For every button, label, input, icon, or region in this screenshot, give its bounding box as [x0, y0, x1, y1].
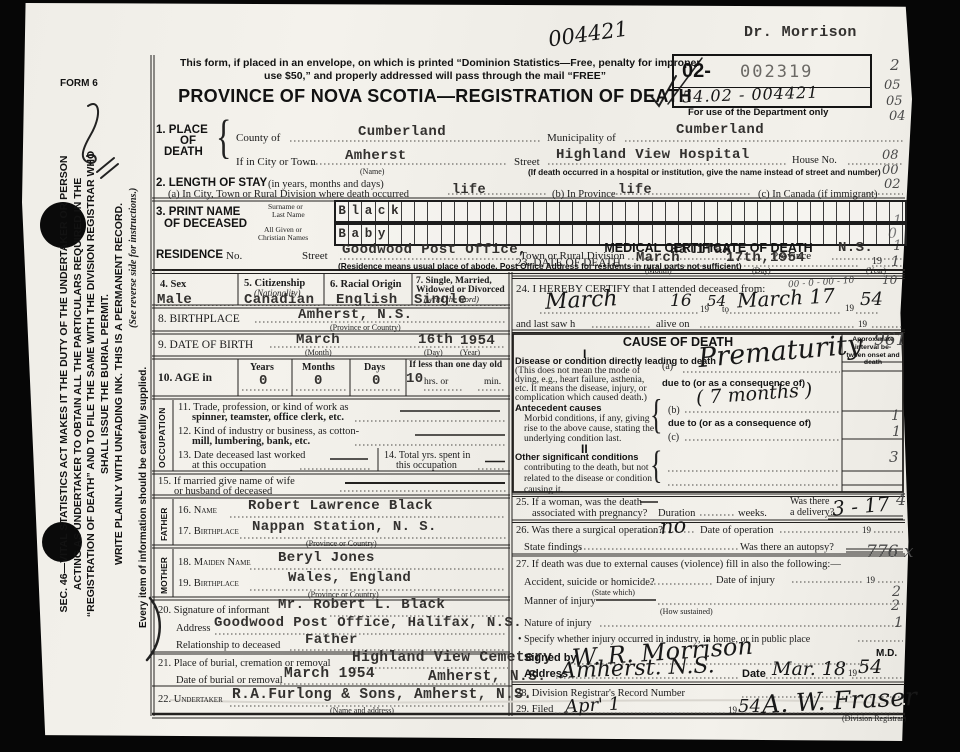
s2-c-label: (c) In Canada (if immigrant)	[758, 189, 878, 200]
s10-label: 10. AGE in	[158, 372, 212, 384]
s25-label1: 25. If a woman, was the death	[516, 497, 642, 508]
s1-street-value: Highland View Hospital	[556, 147, 750, 163]
s2-label: 2. LENGTH OF STAY	[156, 177, 267, 189]
s1-note: (If death occurred in a hospital or inst…	[528, 167, 881, 177]
s23-year-sub: (Year)	[866, 266, 886, 275]
margin-note: 2	[890, 56, 900, 74]
s13-label2: at this occupation	[192, 460, 266, 471]
s7-value: Single	[414, 292, 467, 308]
s26-year-printed: 19	[862, 525, 871, 535]
margin-note: 776 x	[866, 542, 913, 562]
s19-label: 19. Birthplace	[178, 578, 239, 589]
s24-year2-printed: 19	[845, 303, 854, 313]
s10-hours-value: 10	[406, 371, 424, 387]
s1-brace: {	[216, 109, 231, 165]
margin-note: 1	[894, 615, 903, 631]
mail-notice-line1: This form, if placed in an envelope, on …	[180, 57, 690, 69]
s1-county-label: County of	[236, 132, 280, 144]
father-side-label: FATHER	[159, 499, 169, 541]
margin-note: 3	[889, 448, 899, 466]
margin-see-reverse: (See reverse side for instructions.)	[128, 128, 139, 328]
s23-month-value: March	[636, 250, 680, 266]
s29-year-hw: 54	[738, 696, 761, 717]
residence-no-label: No.	[226, 250, 242, 262]
margin-note: 1	[892, 424, 901, 440]
s10-years-value: 0	[259, 373, 268, 389]
s1-name-sub: (Name)	[360, 167, 384, 176]
s16-label: 16. Name	[178, 505, 217, 516]
residence-street-label: Street	[302, 250, 328, 262]
s2-b-value: life	[618, 183, 652, 198]
department-box: 02- 002319 54.02 - 004421	[672, 54, 872, 108]
s10-months-value: 0	[314, 373, 323, 389]
page-title: PROVINCE OF NOVA SCOTIA—REGISTRATION OF …	[150, 86, 720, 107]
s23-label: 23. DATE OF DEATH	[516, 257, 621, 269]
surname-letter-boxes: Black	[334, 200, 907, 223]
s8-label: 8. BIRTHPLACE	[158, 313, 240, 325]
margin-every-item: Every item of information should be care…	[138, 376, 149, 628]
s24-year3-printed: 19	[858, 319, 867, 329]
signed-year-hw: 54	[858, 656, 882, 678]
margin-legal-text-2: WRITE PLAINLY WITH UNFADING INK. THIS IS…	[113, 146, 127, 622]
margin-note: 10	[882, 273, 897, 287]
s17-sub: (Province or Country)	[306, 539, 377, 548]
s24-last-saw-label: and last saw h	[516, 319, 575, 330]
cause-ant2: Morbid conditions, if any, giving	[524, 414, 650, 424]
doctor-annotation: Dr. Morrison	[744, 24, 857, 41]
s24-to-label: to	[722, 304, 729, 314]
s9-day-sub: (Day)	[424, 348, 443, 357]
s24-alive-label: alive on	[656, 319, 690, 330]
s10-months-label: Months	[302, 362, 335, 373]
s12-label2: mill, lumbering, bank, etc.	[192, 436, 310, 447]
residence-label: RESIDENCE	[156, 249, 223, 261]
s23-day-value: 17th,1954	[726, 250, 805, 266]
s26-value-hw: no	[659, 513, 687, 539]
s1-label3: DEATH	[164, 146, 203, 158]
s9-label: 9. DATE OF BIRTH	[158, 339, 253, 351]
s3-given-sub2: Christian Names	[258, 233, 308, 242]
s27-accident-sub: (State which)	[592, 588, 635, 597]
s21-value: Highland View Cemetery	[352, 650, 552, 666]
margin-note: 1	[891, 254, 900, 270]
s27-injury-date-label: Date of injury	[716, 575, 775, 586]
s25-delivery-label2: a delivery?	[790, 507, 834, 518]
s23-day-sub: (Day)	[752, 266, 771, 275]
s6-value: English	[336, 292, 398, 308]
medical-certificate-title: MEDICAL CERTIFICATE OF DEATH	[512, 241, 905, 255]
s9-month-value: March	[296, 332, 340, 348]
cause-lead5: complication which caused death.)	[515, 393, 647, 403]
signed-year-printed: 19	[848, 668, 857, 678]
s20-address-value: Goodwood Post Office, Halifax, N.S.	[214, 615, 522, 631]
s29-year-printed: 19	[728, 705, 737, 715]
s3-surname-sub2: Last Name	[272, 210, 305, 219]
s8-value: Amherst, N.S.	[298, 307, 412, 323]
s21-date-value: March 1954	[284, 666, 375, 682]
s3-label2: OF DECEASED	[164, 218, 247, 230]
s26-findings-label: State findings	[524, 542, 582, 553]
cause-oth1: Other significant conditions	[515, 452, 638, 462]
s29-sub: (Division Registrar)	[842, 714, 906, 723]
s15-label2: or husband of deceased	[174, 486, 272, 497]
s27-label: 27. If death was due to external causes …	[516, 559, 841, 570]
s2-b-label: (b) In Province	[552, 189, 616, 200]
s16-value: Robert Lawrence Black	[248, 498, 433, 514]
cause-a-label: (a)	[662, 361, 673, 372]
s2-a-value: life	[452, 183, 486, 198]
cause-ant3: rise to the above cause, stating the	[524, 424, 654, 434]
cause-lead1: Disease or condition directly leading to…	[515, 356, 716, 366]
s9-month-sub: (Month)	[305, 348, 332, 357]
s4-value: Male	[157, 292, 192, 308]
cause-ant4: underlying condition last.	[524, 434, 621, 444]
margin-legal-notice: SEC. 46—VITAL STATISTICS ACT MAKES IT TH…	[58, 146, 126, 622]
s27-nature-label: Nature of injury	[524, 618, 592, 629]
s22-label: 22. Undertaker	[158, 694, 223, 705]
margin-note: 4	[896, 490, 906, 509]
s25-delivery-value-hw: 3 - 17	[831, 492, 891, 521]
s11-label2: spinner, teamster, office clerk, etc.	[192, 412, 344, 423]
s4-label: 4. Sex	[160, 279, 186, 290]
margin-note: 05	[886, 94, 903, 109]
cause-oth4: causing it.	[524, 485, 563, 495]
dept-stamp-number: 002319	[740, 62, 813, 82]
s6-label: 6. Racial Origin	[330, 279, 401, 290]
s18-label: 18. Maiden Name	[178, 557, 251, 568]
s20-relationship-label: Relationship to deceased	[176, 640, 280, 651]
s18-value: Beryl Jones	[278, 550, 375, 566]
cause-brace-bc: {	[650, 391, 662, 439]
s27-manner-label: Manner of injury	[524, 596, 596, 607]
s22-value: R.A.Furlong & Sons, Amherst, N.S.	[232, 687, 532, 703]
s22-sub: (Name and address)	[330, 706, 394, 715]
cause-due2-label: due to (or as a consequence of)	[668, 418, 811, 429]
s20-address-label: Address	[176, 623, 210, 634]
cause-brace-ii: {	[650, 444, 662, 489]
s25-label2: associated with pregnancy?	[532, 508, 647, 519]
s1-city-label: If in City or Town	[236, 156, 316, 168]
s27-year-printed: 19	[866, 575, 875, 585]
s19-value: Wales, England	[288, 570, 411, 586]
s21-date-label: Date of burial or removal	[176, 675, 283, 686]
s1-municipality-value: Cumberland	[676, 122, 764, 138]
s24-from-month-hw: March	[544, 286, 618, 315]
s14-label2: this occupation	[396, 460, 457, 471]
dept-handwritten-number: 54.02 - 004421	[682, 83, 819, 107]
s3-label1: 3. PRINT NAME	[156, 206, 240, 218]
margin-note: 05	[884, 78, 901, 93]
s17-label: 17. Birthplace	[178, 526, 239, 537]
s20-relationship-value: Father	[305, 632, 358, 648]
s1-city-value: Amherst	[345, 148, 407, 164]
margin-note: 2	[891, 598, 900, 614]
s9-day-value: 16th	[418, 332, 453, 348]
s10-hrs-label: hrs. or	[424, 377, 448, 387]
dept-prefix: 02-	[682, 60, 711, 83]
margin-note: 04	[889, 109, 906, 124]
margin-note: 1	[891, 408, 900, 424]
cause-c-label: (c)	[668, 432, 679, 443]
s9-year-value: 1954	[460, 333, 495, 349]
occupation-side-label: OCCUPATION	[157, 402, 167, 468]
s29-label: 29. Filed	[516, 704, 553, 715]
s26-date-label: Date of operation	[700, 525, 773, 536]
margin-legal-text-1: SEC. 46—VITAL STATISTICS ACT MAKES IT TH…	[58, 151, 111, 617]
s24-to-date-hw: March 17	[736, 283, 835, 312]
mother-side-label: MOTHER	[159, 550, 169, 594]
s27-manner-sub: (How sustained)	[660, 607, 713, 616]
residence-street-value: Goodwood Post Office,	[342, 242, 527, 258]
s10-years-label: Years	[250, 362, 274, 373]
mail-notice-line2: use $50,” and properly addressed will pa…	[180, 70, 690, 82]
cause-oth3: related to the disease or condition	[524, 474, 652, 484]
dept-box-caption: For use of the Department only	[688, 107, 828, 118]
s2-a-label: (a) In City, Town or Rural Division wher…	[168, 189, 409, 200]
signed-date-hw: Mar. 18	[772, 658, 846, 680]
s8-sub: (Province or Country)	[330, 323, 401, 332]
s23-month-sub: (Month)	[645, 266, 672, 275]
s26-label: 26. Was there a surgical operation?	[516, 525, 663, 536]
cause-b-label: (b)	[668, 405, 680, 416]
cause-ant1: Antecedent causes	[515, 403, 602, 414]
margin-note: 02	[884, 177, 901, 192]
s10-days-value: 0	[372, 373, 381, 389]
s1-house-label: House No.	[792, 155, 837, 166]
s26-autopsy-label: Was there an autopsy?	[740, 542, 834, 553]
s10-days-label: Days	[364, 362, 385, 373]
s20-value: Mr. Robert L. Black	[278, 597, 445, 613]
s29-filed-date-hw: Apr' 1	[564, 694, 620, 718]
s5-value: Canadian	[244, 292, 314, 308]
s1-county-value: Cumberland	[358, 124, 446, 140]
scanned-death-registration: SEC. 46—VITAL STATISTICS ACT MAKES IT TH…	[0, 0, 960, 752]
signed-date-label: Date	[742, 668, 766, 680]
form-number: FORM 6	[60, 78, 98, 89]
s17-value: Nappan Station, N. S.	[252, 519, 437, 535]
s24-from-day-hw: 16	[670, 291, 692, 311]
margin-note: 08	[882, 148, 899, 163]
s24-year2-hw: 54	[860, 289, 883, 310]
s27-accident-label: Accident, suicide or homicide?	[524, 577, 655, 588]
s25-weeks-label: weeks.	[738, 508, 767, 519]
s1-municipality-label: Municipality of	[547, 132, 616, 144]
s10-min-label: min.	[484, 377, 501, 387]
s25-delivery-label1: Was there	[790, 496, 829, 507]
s9-year-sub: (Year)	[460, 348, 480, 357]
margin-note: 00	[882, 163, 899, 178]
s10-less-label: If less than one day old	[409, 360, 502, 370]
cause-oth2: contributing to the death, but not	[524, 463, 649, 473]
